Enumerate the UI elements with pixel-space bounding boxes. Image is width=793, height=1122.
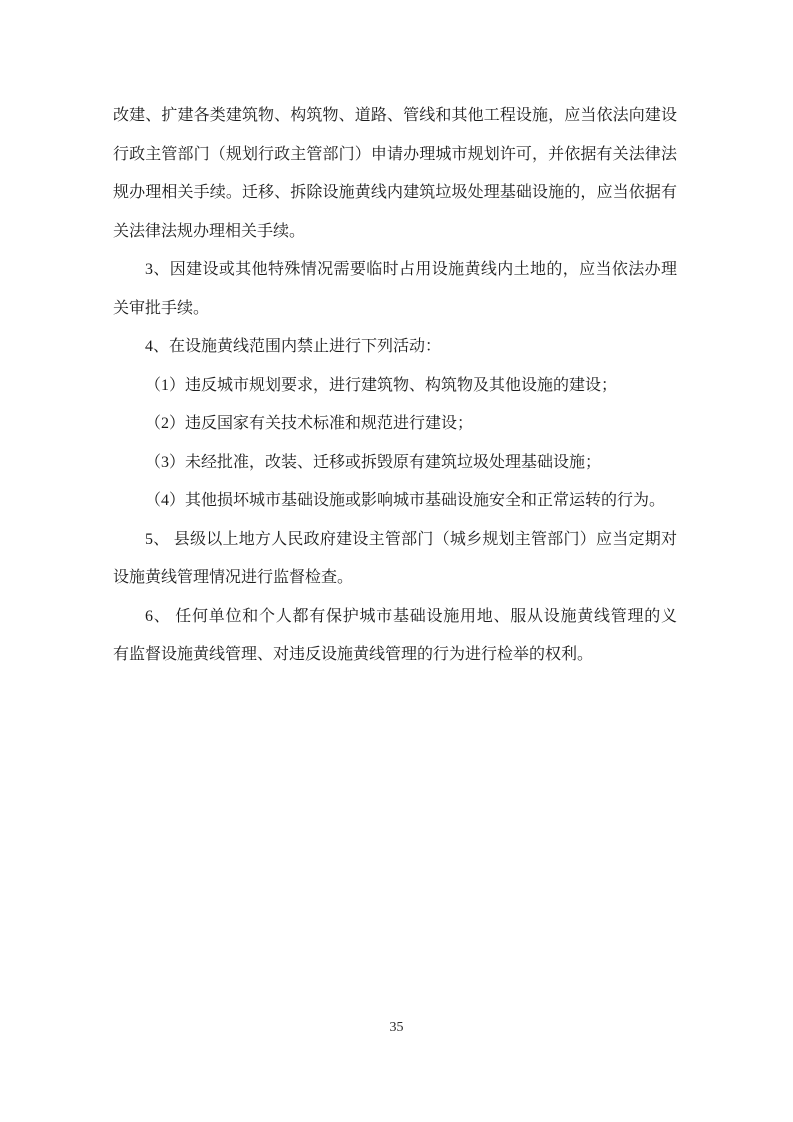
text-line: （4）其他损坏城市基础设施或影响城市基础设施安全和正常运转的行为。 <box>113 482 677 521</box>
text-line: 有监督设施黄线管理、对违反设施黄线管理的行为进行检举的权利。 <box>113 636 677 675</box>
text-line: 关审批手续。 <box>113 290 677 329</box>
text-line: （2）违反国家有关技术标准和规范进行建设； <box>113 405 677 444</box>
text-line: 关法律法规办理相关手续。 <box>113 213 677 252</box>
page-footer: 35 <box>0 1018 793 1038</box>
text-line: 3、因建设或其他特殊情况需要临时占用设施黄线内土地的，应当依法办理相 <box>113 251 677 290</box>
text-line: 6、 任何单位和个人都有保护城市基础设施用地、服从设施黄线管理的义务， <box>113 598 677 637</box>
text-line: （3）未经批准，改装、迁移或拆毁原有建筑垃圾处理基础设施； <box>113 444 677 483</box>
text-line: 规办理相关手续。迁移、拆除设施黄线内建筑垃圾处理基础设施的，应当依据有 <box>113 174 677 213</box>
text-line: （1）违反城市规划要求，进行建筑物、构筑物及其他设施的建设； <box>113 367 677 406</box>
text-line: 设施黄线管理情况进行监督检查。 <box>113 559 677 598</box>
text-line: 行政主管部门（规划行政主管部门）申请办理城市规划许可，并依据有关法律法 <box>113 136 677 175</box>
text-line: 5、 县级以上地方人民政府建设主管部门（城乡规划主管部门）应当定期对 <box>113 521 677 560</box>
text-line: 4、在设施黄线范围内禁止进行下列活动： <box>113 328 677 367</box>
text-line: 改建、扩建各类建筑物、构筑物、道路、管线和其他工程设施，应当依法向建设 <box>113 97 677 136</box>
document-page: 改建、扩建各类建筑物、构筑物、道路、管线和其他工程设施，应当依法向建设行政主管部… <box>0 0 793 1122</box>
page-number: 35 <box>390 1020 404 1035</box>
document-body: 改建、扩建各类建筑物、构筑物、道路、管线和其他工程设施，应当依法向建设行政主管部… <box>113 97 677 675</box>
